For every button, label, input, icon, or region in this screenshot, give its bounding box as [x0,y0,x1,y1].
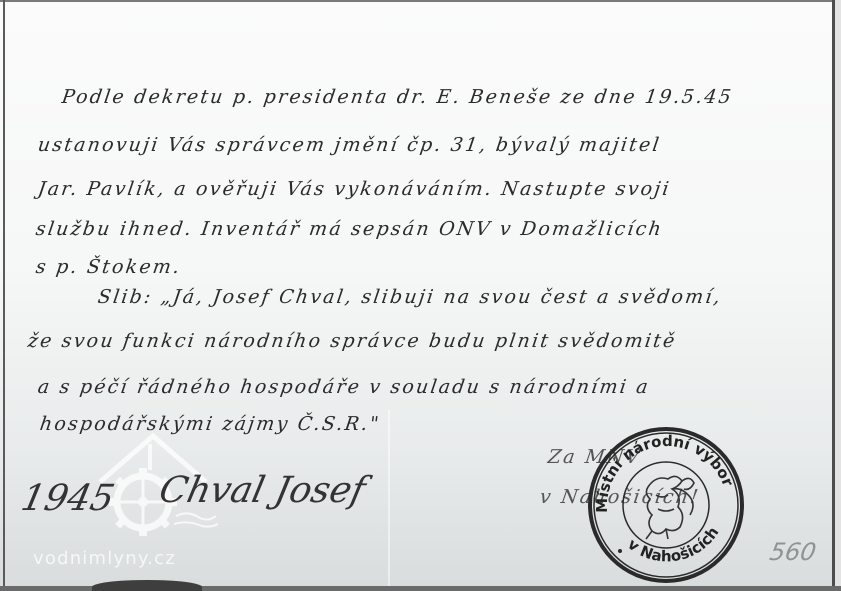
watermark-text: vodnimlyny.cz [33,548,176,569]
page-number: 560 [768,538,819,566]
decree-line-1: Podle dekretu p. presidenta dr. E. Beneš… [60,86,734,108]
frame-left-edge [3,0,5,591]
decree-line-3: Jar. Pavlík, a ověřuji Vás vykonáváním. … [36,178,672,200]
signature-year: 1945 [18,478,118,519]
frame-top-edge [0,0,841,2]
decree-line-5: s p. Štokem. [34,256,182,278]
oath-line-1: Slib: „Já, Josef Chval, slibuji na svou … [96,286,723,308]
official-stamp: Místní národní výbor v Nahošicích [586,425,746,585]
czech-lion-emblem-icon [646,476,694,539]
bottom-dark-blot [92,580,202,591]
paper-fold [388,410,390,590]
signature-name: Chval Josef [156,470,369,511]
scanned-document: Podle dekretu p. presidenta dr. E. Beneš… [0,0,841,591]
oath-line-3: a s péčí řádného hospodáře v souladu s n… [36,376,651,398]
decree-line-4: službu ihned. Inventář má sepsán ONV v D… [34,218,664,240]
decree-line-2: ustanovuji Vás správcem jmění čp. 31, bý… [36,134,662,156]
stamp-outer-text: Místní národní výbor [593,432,737,513]
oath-line-2: že svou funkci národního správce budu pl… [26,330,678,352]
right-margin-strip [835,0,841,591]
